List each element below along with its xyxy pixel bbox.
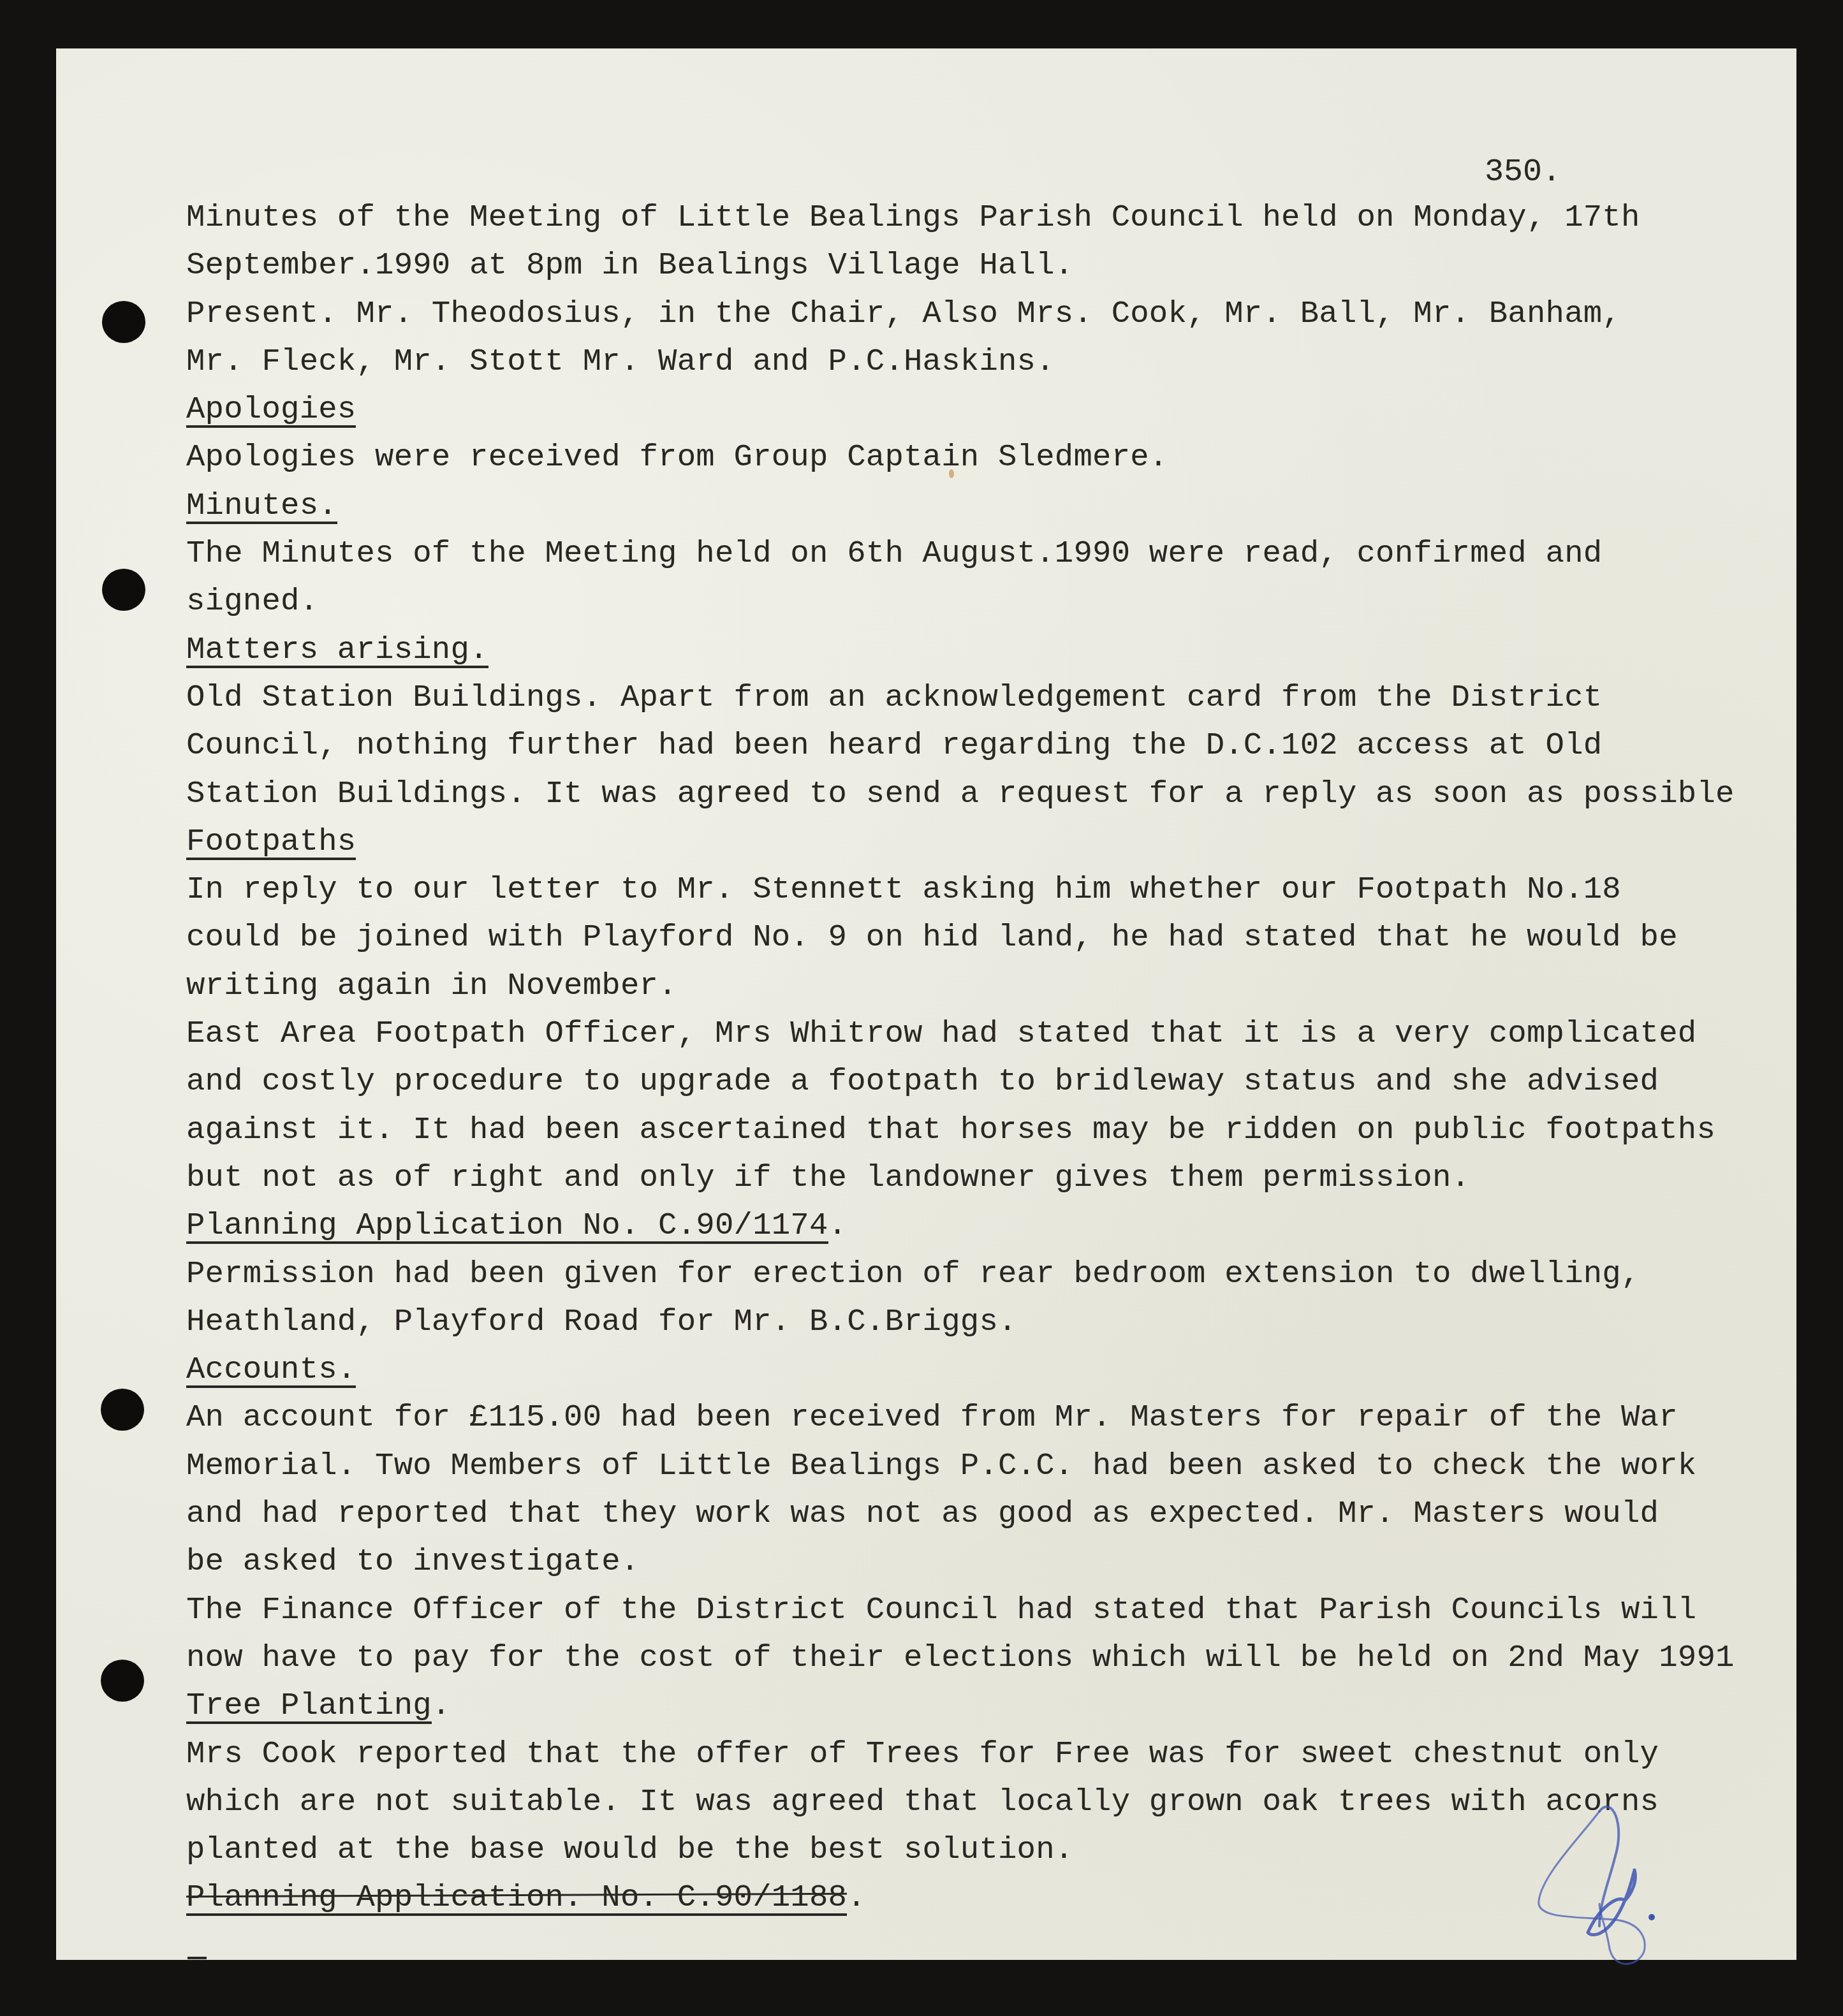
text-line: Apologies were received from Group Capta…	[186, 434, 1819, 481]
underline-dash-mark	[187, 1957, 207, 1959]
text-line: and costly procedure to upgrade a footpa…	[186, 1058, 1819, 1106]
heading-trailing-punctuation: .	[432, 1688, 451, 1723]
struck-heading-wrapper: Planning Application. No. C.90/1188	[186, 1881, 847, 1916]
page-number: 350.	[1485, 154, 1561, 191]
text-line: could be joined with Playford No. 9 on h…	[186, 914, 1819, 961]
section-heading-text: Planning Application No. C.90/1174	[186, 1209, 828, 1244]
text-line: Mr. Fleck, Mr. Stott Mr. Ward and P.C.Ha…	[186, 338, 1819, 386]
text-line: Old Station Buildings. Apart from an ack…	[186, 674, 1819, 722]
section-heading: Planning Application No. C.90/1174.	[186, 1202, 1819, 1250]
section-heading: Accounts.	[186, 1346, 1819, 1394]
text-line: Minutes of the Meeting of Little Bealing…	[186, 194, 1819, 242]
section-heading-text: Tree Planting	[186, 1690, 432, 1724]
punch-hole-2	[102, 569, 145, 611]
minutes-body: Minutes of the Meeting of Little Bealing…	[186, 194, 1819, 1922]
text-line: Council, nothing further had been heard …	[186, 722, 1819, 770]
text-line: September.1990 at 8pm in Bealings Villag…	[186, 242, 1819, 289]
section-heading: Minutes.	[186, 482, 1819, 530]
heading-trailing-punctuation: .	[847, 1880, 866, 1915]
text-line: East Area Footpath Officer, Mrs Whitrow …	[186, 1010, 1819, 1058]
text-line: against it. It had been ascertained that…	[186, 1106, 1819, 1154]
text-line: The Minutes of the Meeting held on 6th A…	[186, 530, 1819, 578]
text-line: In reply to our letter to Mr. Stennett a…	[186, 866, 1819, 914]
text-line: be asked to investigate.	[186, 1538, 1819, 1586]
text-line: The Finance Officer of the District Coun…	[186, 1586, 1819, 1634]
text-line: and had reported that they work was not …	[186, 1490, 1819, 1538]
section-heading-text: Accounts.	[186, 1354, 356, 1388]
text-line: Mrs Cook reported that the offer of Tree…	[186, 1730, 1819, 1778]
section-heading: Footpaths	[186, 818, 1819, 866]
section-heading-text: Minutes.	[186, 490, 337, 524]
text-line: writing again in November.	[186, 962, 1819, 1010]
document-page: 350. Minutes of the Meeting of Little Be…	[56, 48, 1796, 1960]
text-line: Present. Mr. Theodosius, in the Chair, A…	[186, 290, 1819, 338]
text-line: Permission had been given for erection o…	[186, 1250, 1819, 1298]
struck-heading-text: Planning Application. No. C.90/1188	[186, 1880, 847, 1915]
section-heading-text: Matters arising.	[186, 634, 488, 668]
text-line: Memorial. Two Members of Little Bealings…	[186, 1442, 1819, 1490]
text-line: but not as of right and only if the land…	[186, 1154, 1819, 1202]
section-heading: Apologies	[186, 386, 1819, 434]
text-line: now have to pay for the cost of their el…	[186, 1634, 1819, 1682]
punch-hole-1	[102, 301, 145, 343]
signature-initials-icon	[1504, 1799, 1733, 1971]
section-heading: Matters arising.	[186, 626, 1819, 674]
section-heading-text: Footpaths	[186, 826, 356, 860]
punch-hole-4	[101, 1660, 144, 1702]
text-line: Heathland, Playford Road for Mr. B.C.Bri…	[186, 1298, 1819, 1346]
section-heading-text: Apologies	[186, 393, 356, 428]
text-line: Station Buildings. It was agreed to send…	[186, 770, 1819, 818]
punch-hole-3	[101, 1389, 144, 1431]
section-heading: Tree Planting.	[186, 1682, 1819, 1730]
text-line: signed.	[186, 578, 1819, 625]
heading-trailing-punctuation: .	[828, 1208, 848, 1243]
text-line: An account for £115.00 had been received…	[186, 1394, 1819, 1442]
